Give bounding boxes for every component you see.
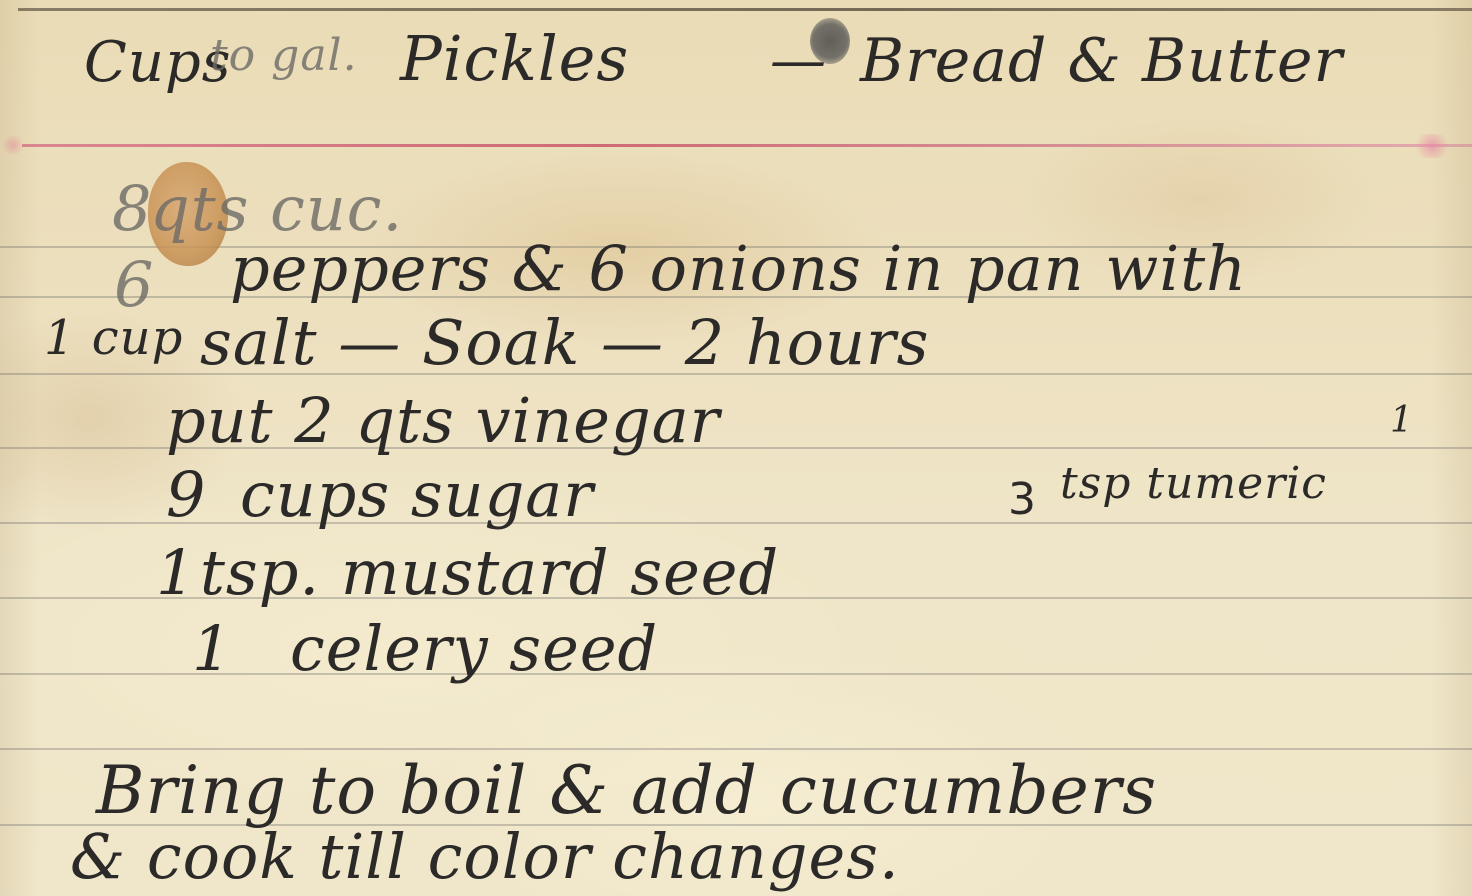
ingredient-text: celery seed bbox=[290, 612, 658, 685]
title-name: Pickles bbox=[400, 22, 629, 95]
ingredient-text: peppers & 6 onions in pan with bbox=[230, 232, 1247, 305]
title-subtitle: Bread & Butter bbox=[860, 26, 1343, 96]
title-dash: — bbox=[770, 28, 827, 93]
ingredient-text: salt — Soak — 2 hours bbox=[200, 306, 930, 379]
instruction-line: & cook till color changes. bbox=[70, 820, 900, 893]
title-prefix: to gal. bbox=[210, 30, 358, 81]
ingredient-qty: 1 bbox=[192, 612, 232, 685]
ingredient-qty: 8 bbox=[112, 172, 152, 245]
instruction-line: Bring to boil & add cucumbers bbox=[96, 752, 1157, 829]
ingredient-text: put 2 qts vinegar bbox=[166, 384, 720, 457]
ingredient-text: cups sugar bbox=[240, 458, 594, 531]
header-rule bbox=[22, 144, 1472, 147]
ingredient-text-margin: tsp tumeric bbox=[1060, 458, 1327, 509]
ingredient-text: tsp. mustard seed bbox=[200, 536, 779, 609]
card-top-edge bbox=[18, 8, 1472, 11]
ingredient-qty: 1 cup bbox=[44, 310, 183, 366]
ruled-line bbox=[0, 522, 1472, 524]
recipe-card: Cups to gal. Pickles — Bread & Butter 8 … bbox=[0, 0, 1472, 896]
margin-mark: 1 bbox=[1390, 400, 1414, 441]
ruled-line bbox=[0, 748, 1472, 750]
ingredient-qty-margin: 3 bbox=[1008, 474, 1037, 525]
ingredient-qty: 9 bbox=[166, 458, 206, 531]
ingredient-qty: 1 bbox=[156, 536, 196, 609]
